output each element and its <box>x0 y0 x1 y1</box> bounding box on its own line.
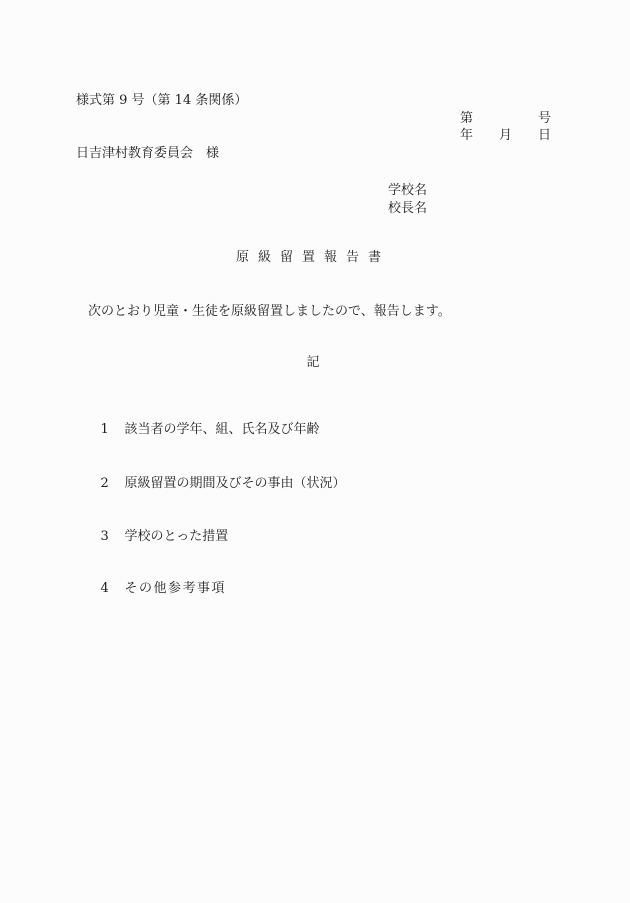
list-item-3: 3学校のとった措置 <box>84 511 228 562</box>
list-item-2: 2原級留置の期間及びその事由（状況） <box>84 458 346 509</box>
document-title: 原級留置報告書 <box>75 249 551 266</box>
record-marker: 記 <box>75 354 551 371</box>
list-item-4-number: 4 <box>101 580 125 597</box>
school-name-label: 学校名 <box>388 182 427 199</box>
list-item-1-number: 1 <box>101 421 125 438</box>
form-number-line: 様式第 9 号（第 14 条関係） <box>76 92 247 109</box>
list-item-1-text: 該当者の学年、組、氏名及び年齢 <box>125 422 320 437</box>
list-item-3-text: 学校のとった措置 <box>125 529 229 544</box>
list-item-4: 4その他参考事項 <box>84 563 226 614</box>
list-item-1: 1該当者の学年、組、氏名及び年齢 <box>84 404 320 455</box>
list-item-3-number: 3 <box>101 528 125 545</box>
list-item-2-text: 原級留置の期間及びその事由（状況） <box>125 476 346 491</box>
date-line: 年 月 日 <box>460 127 551 144</box>
document-page: 様式第 9 号（第 14 条関係） 第 号 年 月 日 日吉津村教育委員会 様 … <box>0 0 630 903</box>
body-text: 次のとおり児童・生徒を原級留置しましたので、報告します。 <box>75 303 451 320</box>
list-item-4-text: その他参考事項 <box>125 581 227 596</box>
addressee-line: 日吉津村教育委員会 様 <box>76 145 219 162</box>
issue-number-line: 第 号 <box>460 110 551 127</box>
principal-name-label: 校長名 <box>388 200 427 217</box>
list-item-2-number: 2 <box>101 475 125 492</box>
